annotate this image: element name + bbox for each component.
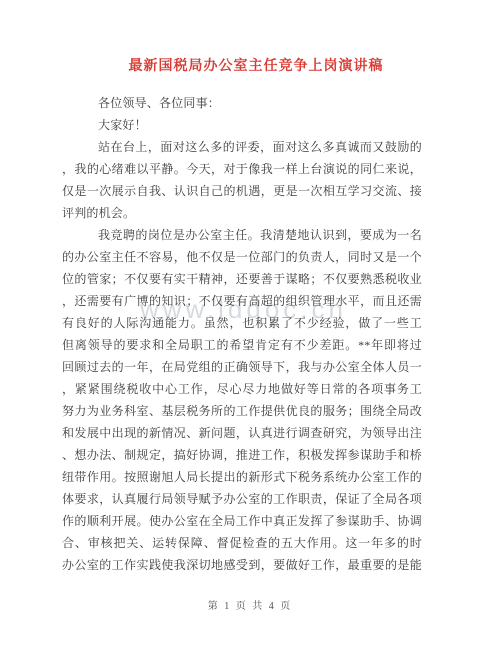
page-footer: 第 1 页 共 4 页 xyxy=(0,599,500,615)
document-title: 最新国税局办公室主任竞争上岗演讲稿 xyxy=(12,57,500,77)
text-line: 有良好的人际沟通能力。虽然，也积累了不少经验，做了一些工作， xyxy=(62,312,422,334)
document-body: 各位领导、各位同事：大家好！站在台上，面对这么多的评委，面对这么多真诚而又鼓励的… xyxy=(62,92,422,576)
text-line: 的办公室主任不容易，他不仅是一位部门的负责人，同时又是一个单 xyxy=(62,246,422,268)
text-line: 、想办法、制规定，搞好协调，推进工作，积极发挥参谋助手和桥梁 xyxy=(62,444,422,466)
text-line: 体要求，认真履行局领导赋予办公室的工作职责，保证了全局各项工 xyxy=(62,488,422,510)
text-line: ，还需要有广博的知识；不仅要有高超的组织管理水平，而且还需要 xyxy=(62,290,422,312)
text-line: 我竞聘的岗位是办公室主任。我清楚地认识到，要成为一名合格 xyxy=(62,224,422,246)
text-line: 大家好！ xyxy=(62,114,422,136)
text-line: 各位领导、各位同事： xyxy=(62,92,422,114)
text-line: 位的管家；不仅要有实干精神，还要善于谋略；不仅要熟悉税收业务 xyxy=(62,268,422,290)
text-line: 和发展中出现的新情况、新问题，认真进行调查研究，为领导出注意 xyxy=(62,422,422,444)
text-line: 办公室的工作实践使我深切地感受到，要做好工作，最重要的是能得 xyxy=(62,554,422,576)
text-line: 但离领导的要求和全局职工的希望肯定有不少差距。**年即将过去， xyxy=(62,334,422,356)
text-line: ，我的心绪难以平静。今天，对于像我一样上台演说的同仁来说，不 xyxy=(62,158,422,180)
text-line: 纽带作用。按照谢旭人局长提出的新形式下税务系统办公室工作的总 xyxy=(62,466,422,488)
text-line: ，紧紧围绕税收中心工作，尽心尽力地做好等日常的各项事务工作， xyxy=(62,378,422,400)
text-line: 评判的机会。 xyxy=(62,202,422,224)
text-line: 仅是一次展示自我、认识自己的机遇，更是一次相互学习交流、接受 xyxy=(62,180,422,202)
text-line: 作的顺利开展。使办公室在全局工作中真正发挥了参谋助手、协调综 xyxy=(62,510,422,532)
text-line: 合、审核把关、运转保障、督促检查的五大作用。这一年多的时间， xyxy=(62,532,422,554)
text-line: 站在台上，面对这么多的评委，面对这么多真诚而又鼓励的目光 xyxy=(62,136,422,158)
document-page: www.lddoc.cn 最新国税局办公室主任竞争上岗演讲稿 各位领导、各位同事… xyxy=(0,0,500,648)
text-line: 回顾过去的一年，在局党组的正确领导下，我与办公室全体人员一起 xyxy=(62,356,422,378)
text-line: 努力为业务科室、基层税务所的工作提供优良的服务；围绕全局改革 xyxy=(62,400,422,422)
